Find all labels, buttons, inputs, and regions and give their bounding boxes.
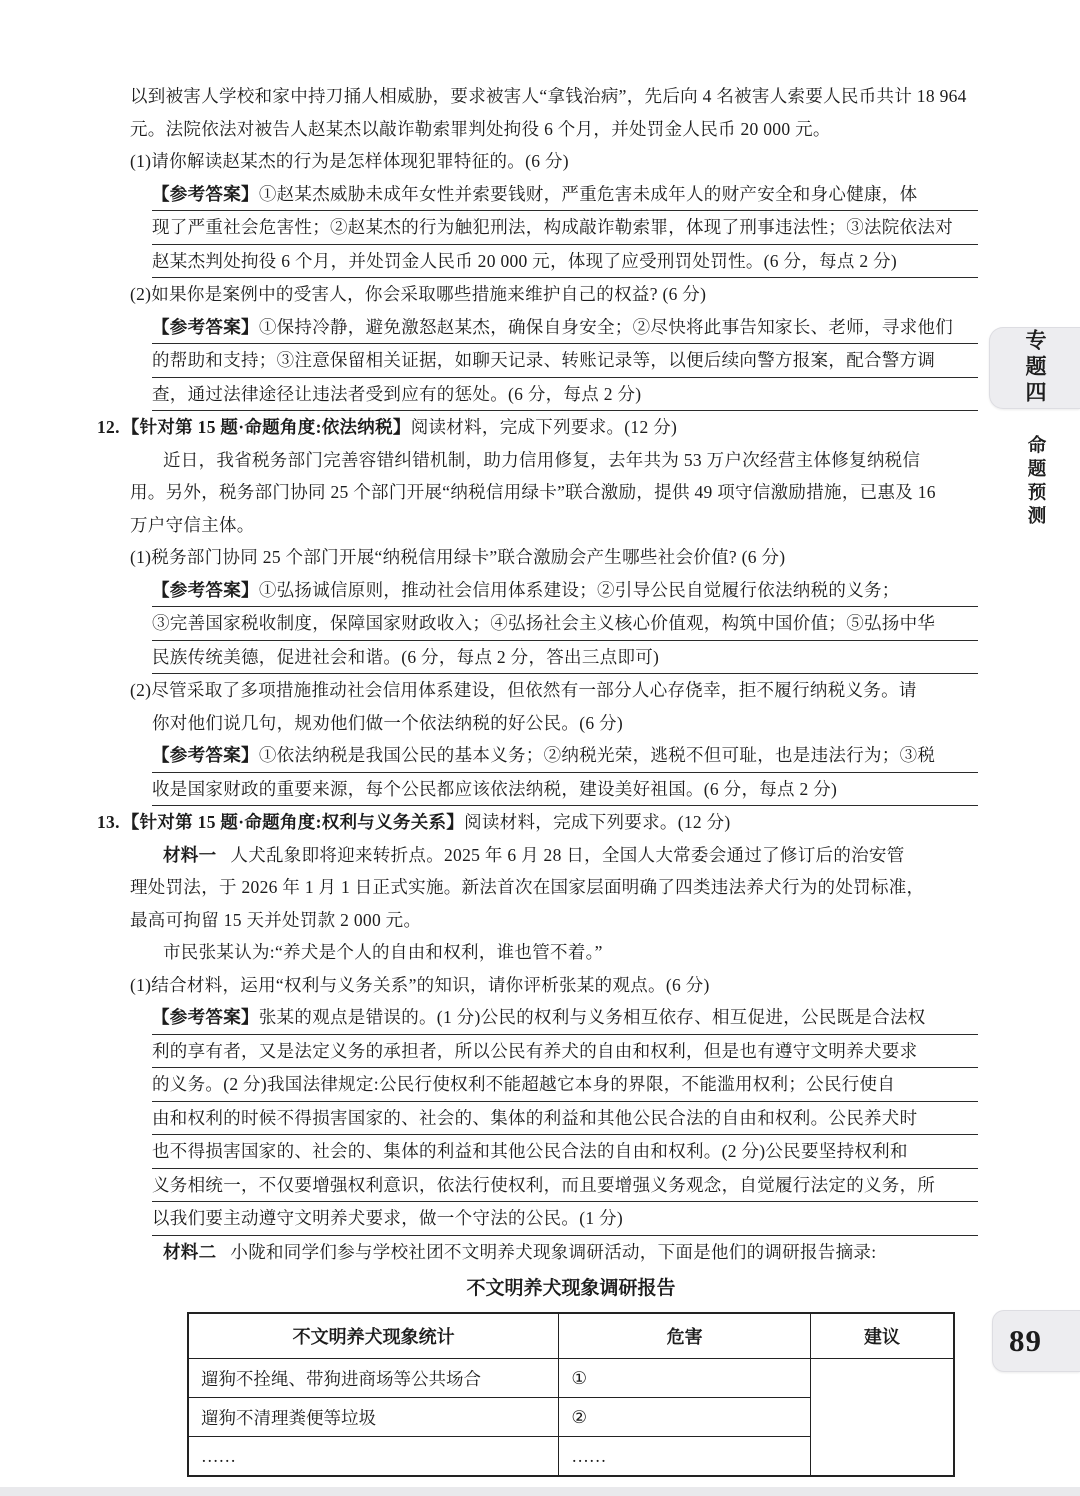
answer-line: 的义务。(2 分)我国法律规定:公民行使权利不能超越它本身的界限，不能滥用权利；… [152, 1068, 978, 1102]
intro-line: 以到被害人学校和家中持刀捅人相威胁，要求被害人“拿钱治病”，先后向 4 名被害人… [130, 80, 978, 113]
material-text: 人犬乱象即将迎来转折点。2025 年 6 月 28 日，全国人大常委会通过了修订… [230, 845, 904, 865]
exam-page: 以到被害人学校和家中持刀捅人相威胁，要求被害人“拿钱治病”，先后向 4 名被害人… [0, 0, 1080, 1496]
answer-line: 收是国家财政的重要来源，每个公民都应该依法纳税，建设美好祖国。(6 分，每点 2… [152, 773, 978, 807]
answer-line: 的帮助和支持；③注意保留相关证据，如聊天记录、转账记录等，以便后续向警方报案，配… [152, 344, 978, 378]
unit-tab-label: 专题四 [1020, 329, 1050, 407]
harm-cell: ① [559, 1359, 811, 1398]
citizen-quote: 市民张某认为:“养犬是个人的自由和权利，谁也管不着。” [163, 936, 978, 969]
intro-line: 元。法院依法对被告人赵某杰以敲诈勒索罪判处拘役 6 个月，并处罚金人民币 20 … [130, 113, 978, 146]
question-13-heading: 13.【针对第 15 题·命题角度:权利与义务关系】阅读材料，完成下列要求。(1… [97, 806, 978, 839]
answer-line: 也不得损害国家的、社会的、集体的利益和其他公民合法的自由和权利。(2 分)公民要… [152, 1135, 978, 1169]
question-number: 12. [97, 417, 120, 437]
page-number: 89 [1009, 1323, 1042, 1359]
material-line: 材料一人犬乱象即将迎来转折点。2025 年 6 月 28 日，全国人大常委会通过… [163, 839, 978, 872]
question-lead: 阅读材料，完成下列要求。(12 分) [464, 812, 730, 832]
material-line: 近日，我省税务部门完善容错纠错机制，助力信用修复，去年共为 53 万户次经营主体… [163, 444, 978, 477]
answer-line: 义务相统一，不仅要增强权利意识，依法行使权利，而且要增强义务观念，自觉履行法定的… [152, 1169, 978, 1203]
answer-text: 张某的观点是错误的。(1 分)公民的权利与义务相互依存、相互促进，公民既是合法权 [259, 1007, 926, 1027]
answer-line: 【参考答案】①保持冷静，避免激怒赵某杰，确保自身安全；②尽快将此事告知家长、老师… [152, 311, 978, 345]
material-label: 材料二 [163, 1242, 216, 1262]
answer-label: 【参考答案】 [152, 184, 259, 204]
phenomenon-cell: …… [188, 1437, 559, 1477]
answer-line: 以我们要主动遵守文明养犬要求，做一个守法的公民。(1 分) [152, 1202, 978, 1236]
material-text: 小陇和同学们参与学校社团不文明养犬现象调研活动，下面是他们的调研报告摘录: [230, 1242, 876, 1262]
answer-line: ③完善国家税收制度，保障国家财政收入；④弘扬社会主义核心价值观，构筑中国价值；⑤… [152, 607, 978, 641]
page-number-tab: 89 [992, 1310, 1080, 1372]
header-advice: 建议 [810, 1313, 954, 1359]
unit-tab: 专题四 [989, 327, 1080, 409]
answer-label: 【参考答案】 [152, 745, 259, 765]
question-tag: 【针对第 15 题·命题角度:权利与义务关系】 [122, 812, 464, 832]
material-line: 万户守信主体。 [130, 509, 978, 542]
answer-line: 利的享有者，又是法定义务的承担者，所以公民有养犬的自由和权利，但是也有遵守文明养… [152, 1035, 978, 1069]
answer-text: ①赵某杰威胁未成年女性并索要钱财，严重危害未成年人的财产安全和身心健康，体 [259, 184, 918, 204]
question-13-1: (1)结合材料，运用“权利与义务关系”的知识，请你评析张某的观点。(6 分) [130, 969, 978, 1002]
answer-line: 【参考答案】张某的观点是错误的。(1 分)公民的权利与义务相互依存、相互促进，公… [152, 1001, 978, 1035]
question-number: 13. [97, 812, 120, 832]
table-row: 遛狗不拴绳、带狗进商场等公共场合 ① [188, 1359, 954, 1398]
question-12-2: (2)尽管采取了多项措施推动社会信用体系建设，但依然有一部分人心存侥幸，拒不履行… [130, 674, 978, 707]
harm-cell: …… [559, 1437, 811, 1477]
question-12-2-cont: 你对他们说几句，规劝他们做一个依法纳税的好公民。(6 分) [152, 707, 978, 740]
phenomenon-cell: 遛狗不拴绳、带狗进商场等公共场合 [188, 1359, 559, 1398]
material-label: 材料一 [163, 845, 216, 865]
header-harm: 危害 [559, 1313, 811, 1359]
answer-line: 赵某杰判处拘役 6 个月，并处罚金人民币 20 000 元，体现了应受刑罚处罚性… [152, 245, 978, 279]
question-12-heading: 12.【针对第 15 题·命题角度:依法纳税】阅读材料，完成下列要求。(12 分… [97, 411, 978, 444]
harm-cell: ② [559, 1398, 811, 1437]
answer-text: ①弘扬诚信原则，推动社会信用体系建设；②引导公民自觉履行依法纳税的义务； [259, 580, 900, 600]
answer-label: 【参考答案】 [152, 317, 259, 337]
answer-text: ①依法纳税是我国公民的基本义务；②纳税光荣，逃税不但可耻，也是违法行为；③税 [259, 745, 935, 765]
answer-label: 【参考答案】 [152, 580, 259, 600]
material-line: 理处罚法，于 2026 年 1 月 1 日正式实施。新法首次在国家层面明确了四类… [130, 871, 978, 904]
question-12-1: (1)税务部门协同 25 个部门开展“纳税信用绿卡”联合激励会产生哪些社会价值?… [130, 541, 978, 574]
page-content: 以到被害人学校和家中持刀捅人相威胁，要求被害人“拿钱治病”，先后向 4 名被害人… [97, 80, 978, 1477]
advice-cell [810, 1359, 954, 1477]
page-bottom-edge [0, 1487, 1080, 1496]
question-lead: 阅读材料，完成下列要求。(12 分) [411, 417, 677, 437]
question-11-2: (2)如果你是案例中的受害人，你会采取哪些措施来维护自己的权益? (6 分) [130, 278, 978, 311]
answer-line: 【参考答案】①依法纳税是我国公民的基本义务；②纳税光荣，逃税不但可耻，也是违法行… [152, 739, 978, 773]
answer-line: 现了严重社会危害性；②赵某杰的行为触犯刑法，构成敲诈勒索罪，体现了刑事违法性；③… [152, 211, 978, 245]
section-label-text: 命题预测 [1022, 435, 1048, 529]
answer-text: ①保持冷静，避免激怒赵某杰，确保自身安全；②尽快将此事告知家长、老师，寻求他们 [259, 317, 953, 337]
material-line: 用。另外，税务部门协同 25 个部门开展“纳税信用绿卡”联合激励，提供 49 项… [130, 476, 978, 509]
answer-line: 【参考答案】①弘扬诚信原则，推动社会信用体系建设；②引导公民自觉履行依法纳税的义… [152, 574, 978, 608]
answer-line: 【参考答案】①赵某杰威胁未成年女性并索要钱财，严重危害未成年人的财产安全和身心健… [152, 178, 978, 212]
answer-line: 查，通过法律途径让违法者受到应有的惩处。(6 分，每点 2 分) [152, 378, 978, 412]
section-label: 命题预测 [990, 428, 1080, 536]
answer-line: 民族传统美德，促进社会和谐。(6 分，每点 2 分，答出三点即可) [152, 641, 978, 675]
survey-table: 不文明养犬现象统计 危害 建议 遛狗不拴绳、带狗进商场等公共场合 ① 遛狗不清理… [187, 1312, 955, 1477]
report-title: 不文明养犬现象调研报告 [187, 1272, 955, 1306]
phenomenon-cell: 遛狗不清理粪便等垃圾 [188, 1398, 559, 1437]
material-line: 材料二小陇和同学们参与学校社团不文明养犬现象调研活动，下面是他们的调研报告摘录: [163, 1236, 978, 1269]
answer-line: 由和权利的时候不得损害国家的、社会的、集体的利益和其他公民合法的自由和权利。公民… [152, 1102, 978, 1136]
header-phenomenon: 不文明养犬现象统计 [188, 1313, 559, 1359]
question-tag: 【针对第 15 题·命题角度:依法纳税】 [122, 417, 411, 437]
material-line: 最高可拘留 15 天并处罚款 2 000 元。 [130, 904, 978, 937]
question-11-1: (1)请你解读赵某杰的行为是怎样体现犯罪特征的。(6 分) [130, 145, 978, 178]
table-header-row: 不文明养犬现象统计 危害 建议 [188, 1313, 954, 1359]
answer-label: 【参考答案】 [152, 1007, 259, 1027]
